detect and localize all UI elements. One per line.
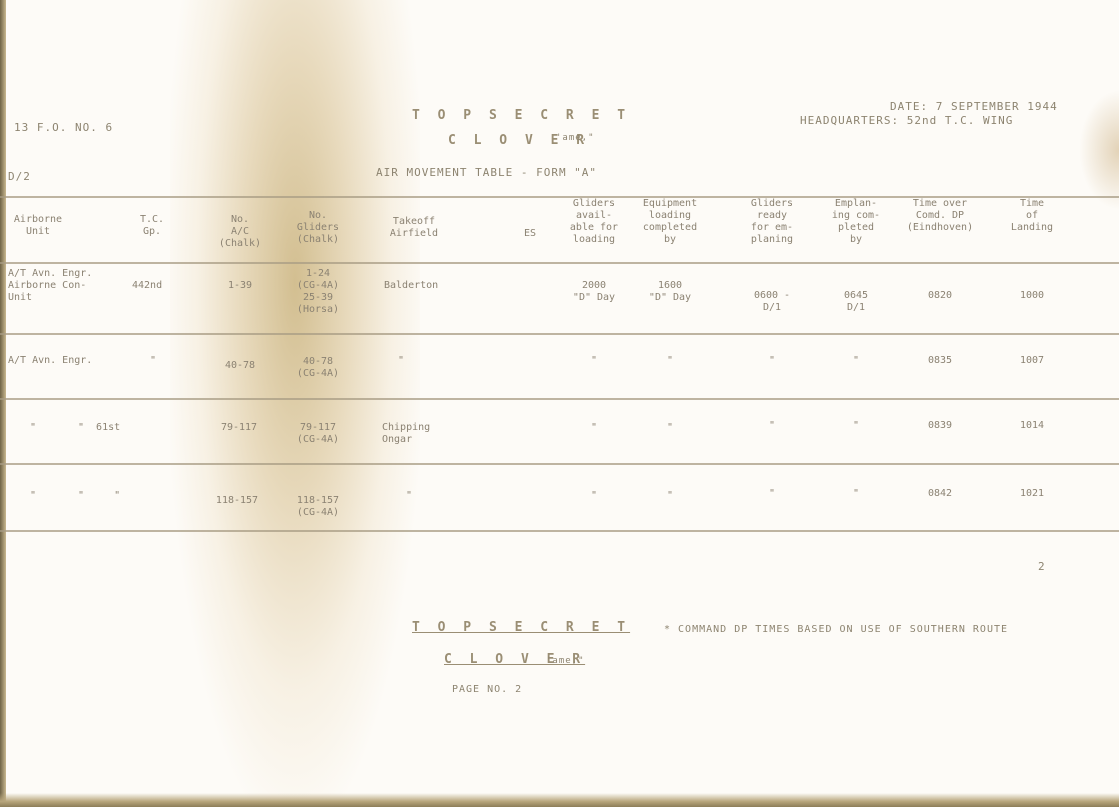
paper-stain: [170, 0, 420, 807]
page-edge-bottom: [0, 793, 1119, 807]
classification-header: T O P S E C R E T: [412, 108, 630, 123]
cell-airfield: Chipping Ongar: [382, 422, 430, 446]
cell-aircraft: 118-157: [200, 495, 274, 507]
cell-emplaning: ": [824, 488, 888, 500]
cell-dp-time: 0842: [894, 488, 986, 500]
cell-landing-time: 1021: [1002, 488, 1062, 500]
cell-available: 2000 "D" Day: [564, 280, 624, 304]
cell-available: ": [564, 490, 624, 502]
cell-available: ": [564, 355, 624, 367]
cell-airfield: ": [406, 490, 412, 502]
col-header-tc-group: T.C. Gp.: [132, 214, 172, 238]
classification-footer: T O P S E C R E T: [412, 620, 630, 635]
table-rule-header: [0, 262, 1119, 264]
cell-emplaning: ": [824, 420, 888, 432]
col-header-emplaning-completed: Emplan- ing com- pleted by: [824, 198, 888, 246]
cell-dp-time: 0839: [894, 420, 986, 432]
col-header-gliders-ready: Gliders ready for em- planing: [744, 198, 800, 246]
cell-aircraft: 1-39: [210, 280, 270, 292]
footnote: * COMMAND DP TIMES BASED ON USE OF SOUTH…: [664, 624, 1008, 635]
codename-footer-note: 'ame,": [546, 656, 585, 666]
table-rule-row1: [0, 333, 1119, 335]
table-rule-row3: [0, 463, 1119, 465]
col-header-equipment-loading: Equipment loading completed by: [634, 198, 706, 246]
page-edge-stain-right: [1079, 90, 1119, 210]
col-header-gliders: No. Gliders (Chalk): [288, 210, 348, 246]
document-date: DATE: 7 SEPTEMBER 1944: [890, 100, 1058, 113]
cell-loading: 1600 "D" Day: [634, 280, 706, 304]
cell-unit: ": [30, 422, 36, 434]
cell-group: 442nd: [132, 280, 162, 292]
page-edge-left: [0, 0, 6, 807]
col-header-airborne-unit: Airborne Unit: [8, 214, 68, 238]
cell-landing-time: 1007: [1002, 355, 1062, 367]
cell-gliders: 40-78 (CG-4A): [288, 356, 348, 380]
cell-gliders: 118-157 (CG-4A): [284, 495, 352, 519]
margin-mark: 2: [1038, 560, 1046, 573]
headquarters: HEADQUARTERS: 52nd T.C. WING: [800, 114, 1013, 127]
col-header-takeoff-airfield: Takeoff Airfield: [384, 216, 444, 240]
cell-landing-time: 1014: [1002, 420, 1062, 432]
cell-airfield: Balderton: [384, 280, 438, 292]
cell-unit: A/T Avn. Engr. Airborne Con- Unit: [8, 268, 92, 304]
cell-landing-time: 1000: [1002, 290, 1062, 302]
cell-ready: ": [744, 420, 800, 432]
table-rule-row2: [0, 398, 1119, 400]
cell-group: ": [150, 355, 156, 367]
field-order-ref: 13 F.O. NO. 6: [14, 121, 113, 134]
cell-airfield: ": [398, 355, 404, 367]
col-header-gliders-available: Gliders avail- able for loading: [564, 198, 624, 246]
cell-group: " 61st: [78, 422, 120, 434]
cell-dp-time: 0835: [894, 355, 986, 367]
cell-ready: ": [744, 488, 800, 500]
cell-gliders: 1-24 (CG-4A) 25-39 (Horsa): [288, 268, 348, 316]
cell-dp-time: 0820: [894, 290, 986, 302]
cell-loading: ": [634, 355, 706, 367]
cell-emplaning: 0645 D/1: [824, 290, 888, 314]
cell-ready: ": [744, 355, 800, 367]
col-header-es: ES: [518, 228, 542, 240]
cell-group: " ": [78, 490, 120, 502]
cell-aircraft: 40-78: [210, 360, 270, 372]
document-code: D/2: [8, 170, 31, 183]
cell-loading: ": [634, 422, 706, 434]
cell-aircraft: 79-117: [204, 422, 274, 434]
col-header-time-of-landing: Time of Landing: [1002, 198, 1062, 234]
cell-loading: ": [634, 490, 706, 502]
cell-unit: ": [30, 490, 36, 502]
cell-emplaning: ": [824, 355, 888, 367]
document-title: AIR MOVEMENT TABLE - FORM "A": [376, 166, 597, 179]
col-header-aircraft: No. A/C (Chalk): [210, 214, 270, 250]
page-number: PAGE NO. 2: [452, 684, 522, 695]
cell-gliders: 79-117 (CG-4A): [288, 422, 348, 446]
cell-unit: A/T Avn. Engr.: [8, 355, 92, 367]
codename-note: 'ame,": [556, 133, 595, 143]
cell-available: ": [564, 422, 624, 434]
table-rule-bottom: [0, 530, 1119, 532]
cell-ready: 0600 - D/1: [744, 290, 800, 314]
col-header-time-over-dp: Time over Comd. DP (Eindhoven): [894, 198, 986, 234]
